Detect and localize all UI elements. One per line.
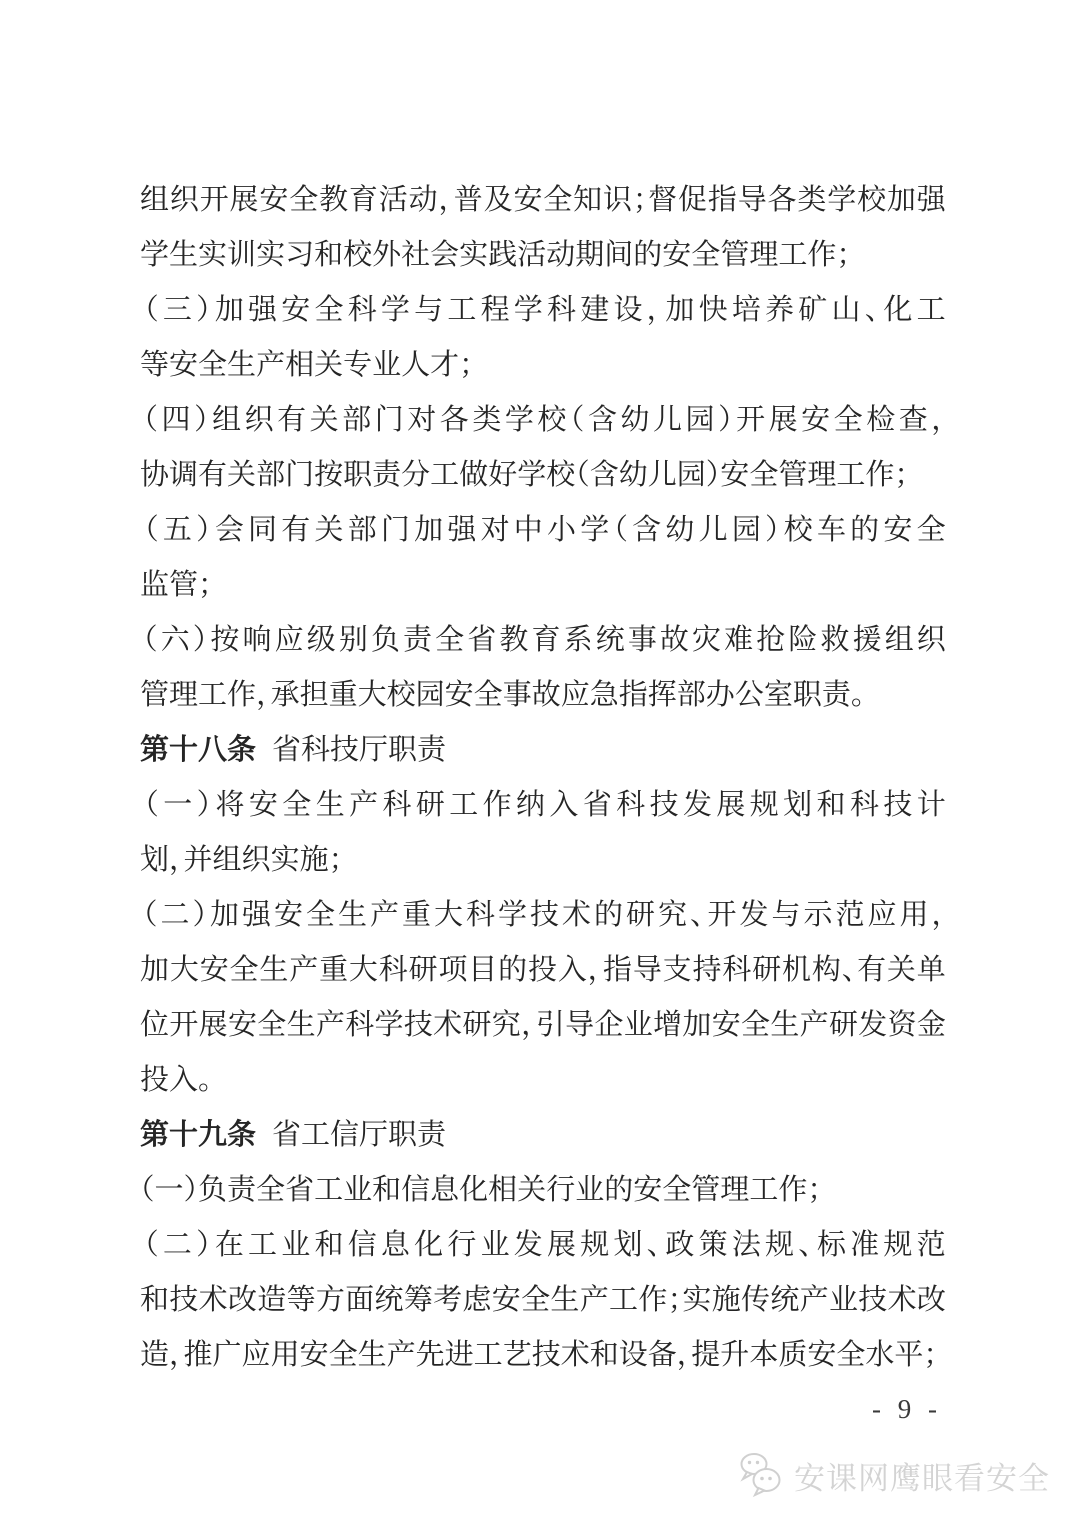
char: 校 — [343, 232, 372, 273]
char: 研 — [752, 947, 781, 988]
char: 系 — [564, 617, 593, 658]
document-line: （三）加强安全科学与工程学科建设，加快培养矿山、化工 — [140, 280, 946, 335]
char: 应 — [275, 617, 304, 658]
char: 科 — [345, 1002, 374, 1043]
char: 的 — [850, 507, 879, 548]
char: 门 — [285, 452, 314, 493]
char: 统 — [596, 617, 625, 658]
char: 息 — [430, 1167, 459, 1208]
char: 事 — [628, 617, 657, 658]
char: 幼 — [619, 452, 648, 493]
char: 投 — [140, 1057, 169, 1098]
char: 关 — [310, 397, 339, 438]
char: 关 — [517, 1167, 546, 1208]
char: 术 — [888, 1277, 917, 1318]
char: 与 — [771, 892, 800, 933]
char: 职 — [793, 672, 822, 713]
char: 展 — [230, 177, 259, 218]
char: 生 — [550, 1277, 579, 1318]
char: 省 — [467, 617, 496, 658]
char: 产 — [387, 1332, 416, 1373]
char: 和 — [817, 782, 846, 823]
char: 识 — [603, 177, 632, 218]
char: 生 — [227, 342, 256, 383]
char: 织 — [917, 617, 946, 658]
char: 研 — [462, 1002, 491, 1043]
document-line: 投入。 — [140, 1050, 946, 1105]
article-title: 省工信厅职责 — [272, 1112, 446, 1153]
char: 的 — [633, 232, 662, 273]
char: 组 — [885, 617, 914, 658]
char: 重 — [319, 947, 348, 988]
char: 产 — [580, 1277, 609, 1318]
char: 资 — [888, 1002, 917, 1043]
char: 行 — [447, 1222, 476, 1263]
char: 期 — [575, 232, 604, 273]
char: 发 — [739, 892, 768, 933]
char: 指 — [603, 947, 632, 988]
char: 故 — [660, 617, 689, 658]
char: 信 — [348, 1222, 377, 1263]
char: 和 — [314, 232, 343, 273]
char: 六 — [161, 617, 190, 658]
char: 关 — [227, 452, 256, 493]
char: 织 — [245, 397, 274, 438]
char: 策 — [699, 1222, 728, 1263]
char: 大 — [434, 892, 463, 933]
char: 虑 — [462, 1277, 491, 1318]
char: 理 — [720, 1167, 749, 1208]
char: 增 — [653, 1002, 682, 1043]
char: 门 — [375, 397, 404, 438]
char: 本 — [749, 1332, 778, 1373]
char: 山 — [831, 287, 860, 328]
char: ） — [196, 287, 211, 328]
char: 负 — [198, 1167, 227, 1208]
char: 承 — [271, 672, 300, 713]
char: 安 — [883, 507, 912, 548]
char: 理 — [169, 672, 198, 713]
char: 组 — [213, 837, 242, 878]
char: ） — [194, 397, 209, 438]
char: 等 — [287, 1277, 316, 1318]
char: 组 — [140, 177, 169, 218]
char: 、 — [647, 1222, 662, 1263]
char: 规 — [750, 782, 779, 823]
char: 救 — [820, 617, 849, 658]
char: 造 — [257, 1277, 286, 1318]
char: 作 — [865, 452, 894, 493]
char: 入 — [169, 1057, 198, 1098]
char: 发 — [858, 1002, 887, 1043]
char: 发 — [683, 782, 712, 823]
char: 全 — [306, 892, 335, 933]
char: 导 — [738, 177, 767, 218]
char: 施 — [300, 837, 329, 878]
char: 学 — [514, 287, 543, 328]
char: 二 — [160, 892, 189, 933]
char: 在 — [215, 1222, 244, 1263]
char: 协 — [140, 452, 169, 493]
char: 学 — [375, 1002, 404, 1043]
char: 传 — [741, 1277, 770, 1318]
char: 与 — [414, 287, 443, 328]
char: 担 — [300, 672, 329, 713]
char: 普 — [454, 177, 483, 218]
char: （ — [140, 1167, 155, 1208]
char: 艺 — [503, 1332, 532, 1373]
char: 对 — [481, 507, 510, 548]
char: 划 — [140, 837, 169, 878]
char: 活 — [517, 232, 546, 273]
char: 的 — [498, 947, 527, 988]
char: 技 — [404, 1002, 433, 1043]
document-line: 等安全生产相关专业人才； — [140, 335, 946, 390]
char: 责 — [822, 672, 851, 713]
char: 研 — [409, 947, 438, 988]
char: 全 — [256, 1167, 285, 1208]
char: 法 — [732, 1222, 761, 1263]
document-line: 监管； — [140, 555, 946, 610]
char: 广 — [213, 1332, 242, 1373]
char: 生 — [287, 1002, 316, 1043]
char: 究 — [492, 1002, 521, 1043]
char: 推 — [184, 1332, 213, 1373]
char: 好 — [488, 452, 517, 493]
char: 类 — [472, 397, 501, 438]
char: 安 — [445, 672, 474, 713]
char: 、 — [798, 1222, 813, 1263]
char: 强 — [242, 892, 271, 933]
char: 部 — [342, 397, 371, 438]
char: ； — [807, 1167, 822, 1208]
char: 知 — [573, 177, 602, 218]
char: 生 — [169, 232, 198, 273]
document-line: （一）将安全生产科研工作纳入省科技发展规划和科技计 — [140, 775, 946, 830]
article-number: 第十九条 — [140, 1112, 256, 1153]
char: 范 — [917, 1222, 946, 1263]
char: 全 — [521, 1277, 550, 1318]
char: 究 — [658, 892, 687, 933]
char: 产 — [289, 947, 318, 988]
char: 省 — [583, 782, 612, 823]
char: 信 — [401, 1167, 430, 1208]
char: 统 — [375, 1277, 404, 1318]
char: 金 — [917, 1002, 946, 1043]
char: 术 — [433, 1002, 462, 1043]
char: 化 — [883, 287, 912, 328]
char: ， — [256, 672, 271, 713]
char: 化 — [459, 1167, 488, 1208]
char: 加 — [682, 1002, 711, 1043]
char: 技 — [532, 1332, 561, 1373]
char: 大 — [349, 947, 378, 988]
char: 开 — [736, 397, 765, 438]
char: 实 — [271, 837, 300, 878]
char: 进 — [445, 1332, 474, 1373]
char: 加 — [665, 287, 694, 328]
char: 外 — [372, 232, 401, 273]
char: 改 — [228, 1277, 257, 1318]
char: 含 — [588, 397, 617, 438]
char: 学 — [827, 177, 856, 218]
char: 。 — [851, 672, 866, 713]
char: 设 — [619, 1332, 648, 1373]
char: 理 — [749, 232, 778, 273]
char: 范 — [835, 892, 864, 933]
char: 项 — [438, 947, 467, 988]
char: 造 — [140, 1332, 169, 1373]
char: 故 — [532, 672, 561, 713]
char: 中 — [514, 507, 543, 548]
char: 矿 — [798, 287, 827, 328]
char: 安 — [300, 1332, 329, 1373]
char: 开 — [200, 177, 229, 218]
char: 动 — [546, 232, 575, 273]
document-line: （五）会同有关部门加强对中小学（含幼儿园）校车的安全 — [140, 500, 946, 555]
char: 督 — [648, 177, 677, 218]
char: 生 — [316, 782, 345, 823]
char: 指 — [619, 672, 648, 713]
char: 负 — [371, 617, 400, 658]
char: 设 — [613, 287, 642, 328]
document-line: （一）负责全省工业和信息化相关行业的安全管理工作； — [140, 1160, 946, 1215]
char: 全 — [749, 452, 778, 493]
char: 有 — [277, 397, 306, 438]
document-line: 划，并组织实施； — [140, 830, 946, 885]
char: 工 — [248, 1222, 277, 1263]
char: 同 — [248, 507, 277, 548]
char: 技 — [650, 782, 679, 823]
char: 工 — [314, 1167, 343, 1208]
char: 织 — [242, 837, 271, 878]
char: 入 — [558, 947, 587, 988]
char: （ — [144, 782, 159, 823]
char: 四 — [162, 397, 191, 438]
char: 相 — [488, 1167, 517, 1208]
char: 工 — [917, 287, 946, 328]
char: 责 — [403, 617, 432, 658]
char: 划 — [613, 1222, 642, 1263]
char: 一 — [155, 1167, 184, 1208]
char: 引 — [536, 1002, 565, 1043]
char: 人 — [401, 342, 430, 383]
char: 开 — [169, 1002, 198, 1043]
char: 学 — [140, 232, 169, 273]
char: 省 — [285, 1167, 314, 1208]
char: 工 — [430, 452, 459, 493]
char: 部 — [677, 672, 706, 713]
char: 和 — [140, 1277, 169, 1318]
char: 别 — [339, 617, 368, 658]
char: 加 — [887, 177, 916, 218]
char: 安 — [513, 177, 542, 218]
char: 全 — [917, 507, 946, 548]
char: 分 — [401, 452, 430, 493]
char: ） — [718, 397, 733, 438]
char: 管 — [778, 452, 807, 493]
char: 的 — [604, 1167, 633, 1208]
char: （ — [144, 507, 159, 548]
char: 急 — [590, 672, 619, 713]
char: ） — [197, 782, 212, 823]
char: 加 — [414, 507, 443, 548]
char: （ — [144, 287, 159, 328]
char: 施 — [712, 1277, 741, 1318]
document-line: （二）在工业和信息化行业发展规划、政策法规、标准规范 — [140, 1215, 946, 1270]
article-number: 第十八条 — [140, 727, 256, 768]
char: 技 — [530, 892, 559, 933]
char: 产 — [800, 1277, 829, 1318]
char: 加 — [210, 892, 239, 933]
char: 面 — [345, 1277, 374, 1318]
char: 企 — [594, 1002, 623, 1043]
char: 和 — [372, 1167, 401, 1208]
char: 导 — [565, 1002, 594, 1043]
char: 准 — [850, 1222, 879, 1263]
char: 车 — [817, 507, 846, 548]
char: 大 — [358, 672, 387, 713]
char: 行 — [546, 1167, 575, 1208]
char: 工 — [447, 287, 476, 328]
char: 和 — [590, 1332, 619, 1373]
char: ） — [196, 1222, 211, 1263]
char: ； — [459, 342, 474, 383]
char: 平 — [894, 1332, 923, 1373]
char: 会 — [430, 232, 459, 273]
char: 安 — [249, 782, 278, 823]
char: 改 — [917, 1277, 946, 1318]
char: 业 — [281, 1222, 310, 1263]
document-line: 协调有关部门按职责分工做好学校（含幼儿园）安全管理工作； — [140, 445, 946, 500]
footer-watermark: 安课网鹰眼看安全 — [737, 1450, 1050, 1500]
char: 安 — [633, 1167, 662, 1208]
char: ） — [196, 507, 211, 548]
char: 规 — [580, 1222, 609, 1263]
char: 促 — [678, 177, 707, 218]
document-line: 组织开展安全教育活动，普及安全知识；督促指导各类学校加强 — [140, 170, 946, 225]
char: 方 — [316, 1277, 345, 1318]
char: 组 — [212, 397, 241, 438]
char: 险 — [788, 617, 817, 658]
char: 园 — [416, 672, 445, 713]
char: 研 — [416, 782, 445, 823]
char: 安 — [169, 342, 198, 383]
document-body: 组织开展安全教育活动，普及安全知识；督促指导各类学校加强学生实训实习和校外社会实… — [140, 170, 946, 1380]
document-line: （二）加强安全生产重大科学技术的研究、开发与示范应用， — [140, 885, 946, 940]
char: ） — [193, 617, 208, 658]
char: 含 — [590, 452, 619, 493]
char: 展 — [199, 1002, 228, 1043]
char: ， — [647, 287, 662, 328]
char: 的 — [594, 892, 623, 933]
char: 作 — [483, 782, 512, 823]
char: 践 — [488, 232, 517, 273]
char: 产 — [256, 342, 285, 383]
char: 考 — [433, 1277, 462, 1318]
char: ； — [329, 837, 344, 878]
char: 。 — [198, 1057, 213, 1098]
char: 关 — [314, 342, 343, 383]
char: 先 — [416, 1332, 445, 1373]
char: 导 — [633, 947, 662, 988]
char: 实 — [198, 232, 227, 273]
char: 业 — [343, 1167, 372, 1208]
char: 全 — [257, 1002, 286, 1043]
char: 养 — [765, 287, 794, 328]
char: 机 — [782, 947, 811, 988]
char: ； — [198, 562, 213, 603]
char: 持 — [693, 947, 722, 988]
char: 责 — [227, 1167, 256, 1208]
char: 园 — [732, 507, 761, 548]
char: 产 — [800, 1002, 829, 1043]
char: ） — [184, 1167, 199, 1208]
char: 规 — [765, 1222, 794, 1263]
char: 责 — [372, 452, 401, 493]
char: 入 — [549, 782, 578, 823]
char: 支 — [663, 947, 692, 988]
watermark-text: 安课网鹰眼看安全 — [794, 1453, 1050, 1498]
char: 全 — [834, 397, 863, 438]
char: 快 — [699, 287, 728, 328]
char: 强 — [917, 177, 946, 218]
char: 活 — [379, 177, 408, 218]
char: ， — [169, 837, 184, 878]
char: 一 — [163, 782, 192, 823]
char: 全 — [474, 672, 503, 713]
char: （ — [143, 617, 158, 658]
char: 工 — [609, 1277, 638, 1318]
char: 示 — [803, 892, 832, 933]
char: 部 — [348, 507, 377, 548]
char: 作 — [778, 1167, 807, 1208]
char: 开 — [707, 892, 736, 933]
char: 查 — [899, 397, 928, 438]
char: 关 — [887, 947, 916, 988]
char: 科 — [722, 947, 751, 988]
char: 科 — [379, 947, 408, 988]
char: 会 — [215, 507, 244, 548]
char: 建 — [580, 287, 609, 328]
document-line: （六）按响应级别负责全省教育系统事故灾难抢险救援组织 — [140, 610, 946, 665]
char: 全 — [741, 1002, 770, 1043]
char: 园 — [686, 397, 715, 438]
char: 各 — [440, 397, 469, 438]
char: 标 — [817, 1222, 846, 1263]
char: 育 — [531, 617, 560, 658]
char: 展 — [716, 782, 745, 823]
char: 位 — [140, 1002, 169, 1043]
char: 管 — [169, 562, 198, 603]
char: 业 — [372, 342, 401, 383]
char: 规 — [883, 1222, 912, 1263]
char: 二 — [163, 1222, 192, 1263]
char: 学 — [498, 892, 527, 933]
char: 检 — [866, 397, 895, 438]
char: 部 — [256, 452, 285, 493]
char: 织 — [170, 177, 199, 218]
char: 、 — [690, 892, 705, 933]
char: 科 — [348, 287, 377, 328]
char: （ — [570, 397, 585, 438]
char: 全 — [314, 287, 343, 328]
char: 校 — [387, 672, 416, 713]
char: 发 — [514, 1222, 543, 1263]
char: 投 — [528, 947, 557, 988]
document-line: 和技术改造等方面统筹考虑安全生产工作；实施传统产业技术改 — [140, 1270, 946, 1325]
char: 专 — [343, 342, 372, 383]
